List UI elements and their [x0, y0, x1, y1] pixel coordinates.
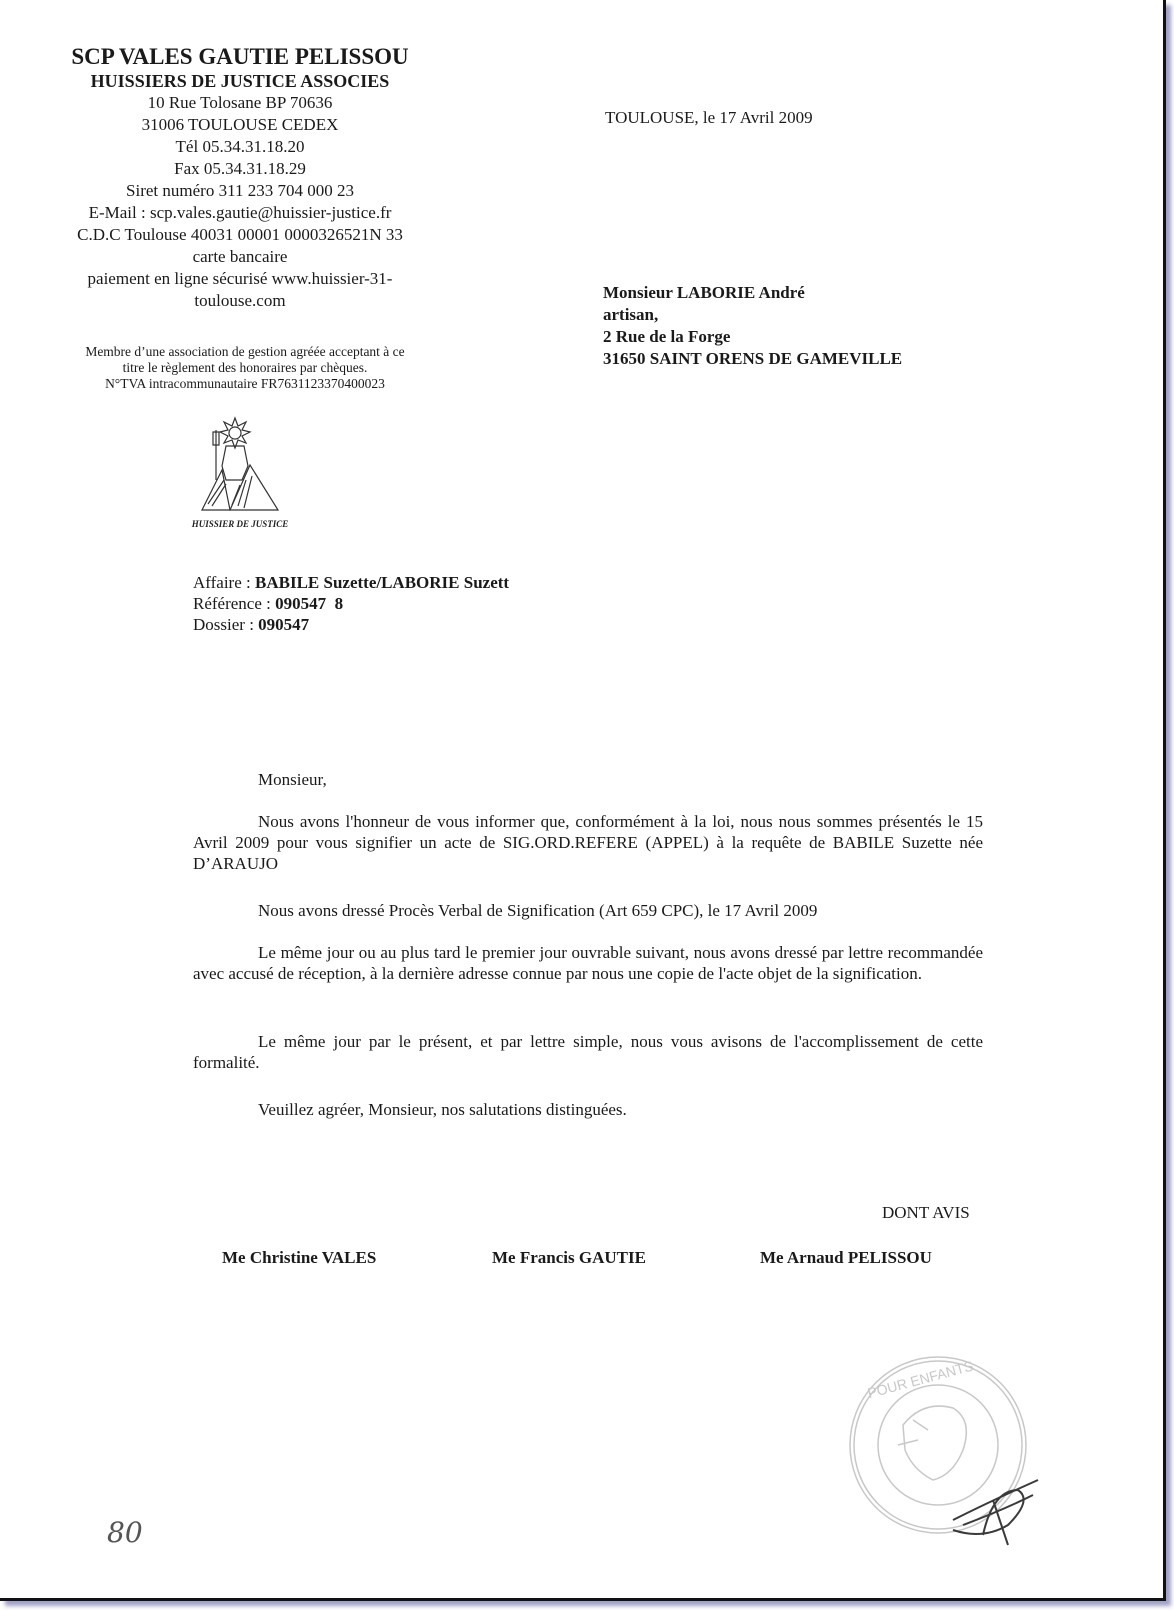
firm-address-line2: 31006 TOULOUSE CEDEX: [40, 114, 440, 136]
dossier-value: 090547: [258, 615, 309, 634]
svg-text:80: 80: [107, 1516, 143, 1549]
emblem-caption: HUISSIER DE JUSTICE: [191, 519, 289, 529]
firm-address-line1: 10 Rue Tolosane BP 70636: [40, 92, 440, 114]
huissier-de-justice-emblem-icon: HUISSIER DE JUSTICE: [180, 410, 300, 535]
signatory-vales: Me Christine VALES: [222, 1248, 376, 1268]
firm-email: E-Mail : scp.vales.gautie@huissier-justi…: [40, 202, 440, 224]
signatory-pelissou: Me Arnaud PELISSOU: [760, 1248, 932, 1268]
vat-number: N°TVA intracommunautaire FR7631123370400…: [50, 376, 440, 392]
firm-bank: C.D.C Toulouse 40031 00001 0000326521N 3…: [40, 224, 440, 246]
firm-phone: Tél 05.34.31.18.20: [40, 136, 440, 158]
recipient-city: 31650 SAINT ORENS DE GAMEVILLE: [603, 348, 902, 370]
reference-value: 090547 8: [275, 594, 343, 613]
body-paragraph-3: Le même jour ou au plus tard le premier …: [193, 942, 983, 984]
case-affaire: Affaire : BABILE Suzette/LABORIE Suzett: [193, 572, 509, 593]
closing-formula: Veuillez agréer, Monsieur, nos salutatio…: [193, 1099, 983, 1120]
firm-subtitle: HUISSIERS DE JUSTICE ASSOCIES: [40, 70, 440, 92]
signatory-gautie: Me Francis GAUTIE: [492, 1248, 646, 1268]
svg-text:POUR ENFANTS: POUR ENFANTS: [866, 1357, 975, 1401]
body-paragraph-2: Nous avons dressé Procès Verbal de Signi…: [193, 900, 983, 921]
recipient-block: Monsieur LABORIE André artisan, 2 Rue de…: [603, 282, 902, 370]
dateline: TOULOUSE, le 17 Avril 2009: [605, 108, 813, 128]
document-page: SCP VALES GAUTIE PELISSOU HUISSIERS DE J…: [0, 0, 1166, 1601]
firm-name: SCP VALES GAUTIE PELISSOU: [40, 44, 440, 70]
greeting: Monsieur,: [258, 770, 327, 790]
affaire-label: Affaire :: [193, 573, 255, 592]
firm-online-payment-1: paiement en ligne sécurisé www.huissier-…: [40, 268, 440, 290]
case-dossier: Dossier : 090547: [193, 614, 509, 635]
firm-online-payment-2: toulouse.com: [40, 290, 440, 312]
recipient-occupation: artisan,: [603, 304, 902, 326]
official-seal-stamp-icon: POUR ENFANTS: [843, 1350, 1043, 1550]
affaire-value: BABILE Suzette/LABORIE Suzett: [255, 573, 509, 592]
body-paragraph-1: Nous avons l'honneur de vous informer qu…: [193, 811, 983, 874]
case-reference: Référence : 090547 8: [193, 593, 509, 614]
firm-siret: Siret numéro 311 233 704 000 23: [40, 180, 440, 202]
membership-line2: titre le règlement des honoraires par ch…: [50, 360, 440, 376]
firm-card: carte bancaire: [40, 246, 440, 268]
firm-fax: Fax 05.34.31.18.29: [40, 158, 440, 180]
case-reference-block: Affaire : BABILE Suzette/LABORIE Suzett …: [193, 572, 509, 635]
recipient-street: 2 Rue de la Forge: [603, 326, 902, 348]
recipient-name: Monsieur LABORIE André: [603, 282, 902, 304]
dont-avis: DONT AVIS: [882, 1203, 970, 1223]
dossier-label: Dossier :: [193, 615, 258, 634]
reference-label: Référence :: [193, 594, 275, 613]
membership-notice: Membre d’une association de gestion agré…: [50, 344, 440, 392]
handwritten-page-number: 80: [105, 1510, 155, 1550]
membership-line1: Membre d’une association de gestion agré…: [50, 344, 440, 360]
letterhead: SCP VALES GAUTIE PELISSOU HUISSIERS DE J…: [40, 44, 440, 312]
body-paragraph-4: Le même jour par le présent, et par lett…: [193, 1031, 983, 1073]
